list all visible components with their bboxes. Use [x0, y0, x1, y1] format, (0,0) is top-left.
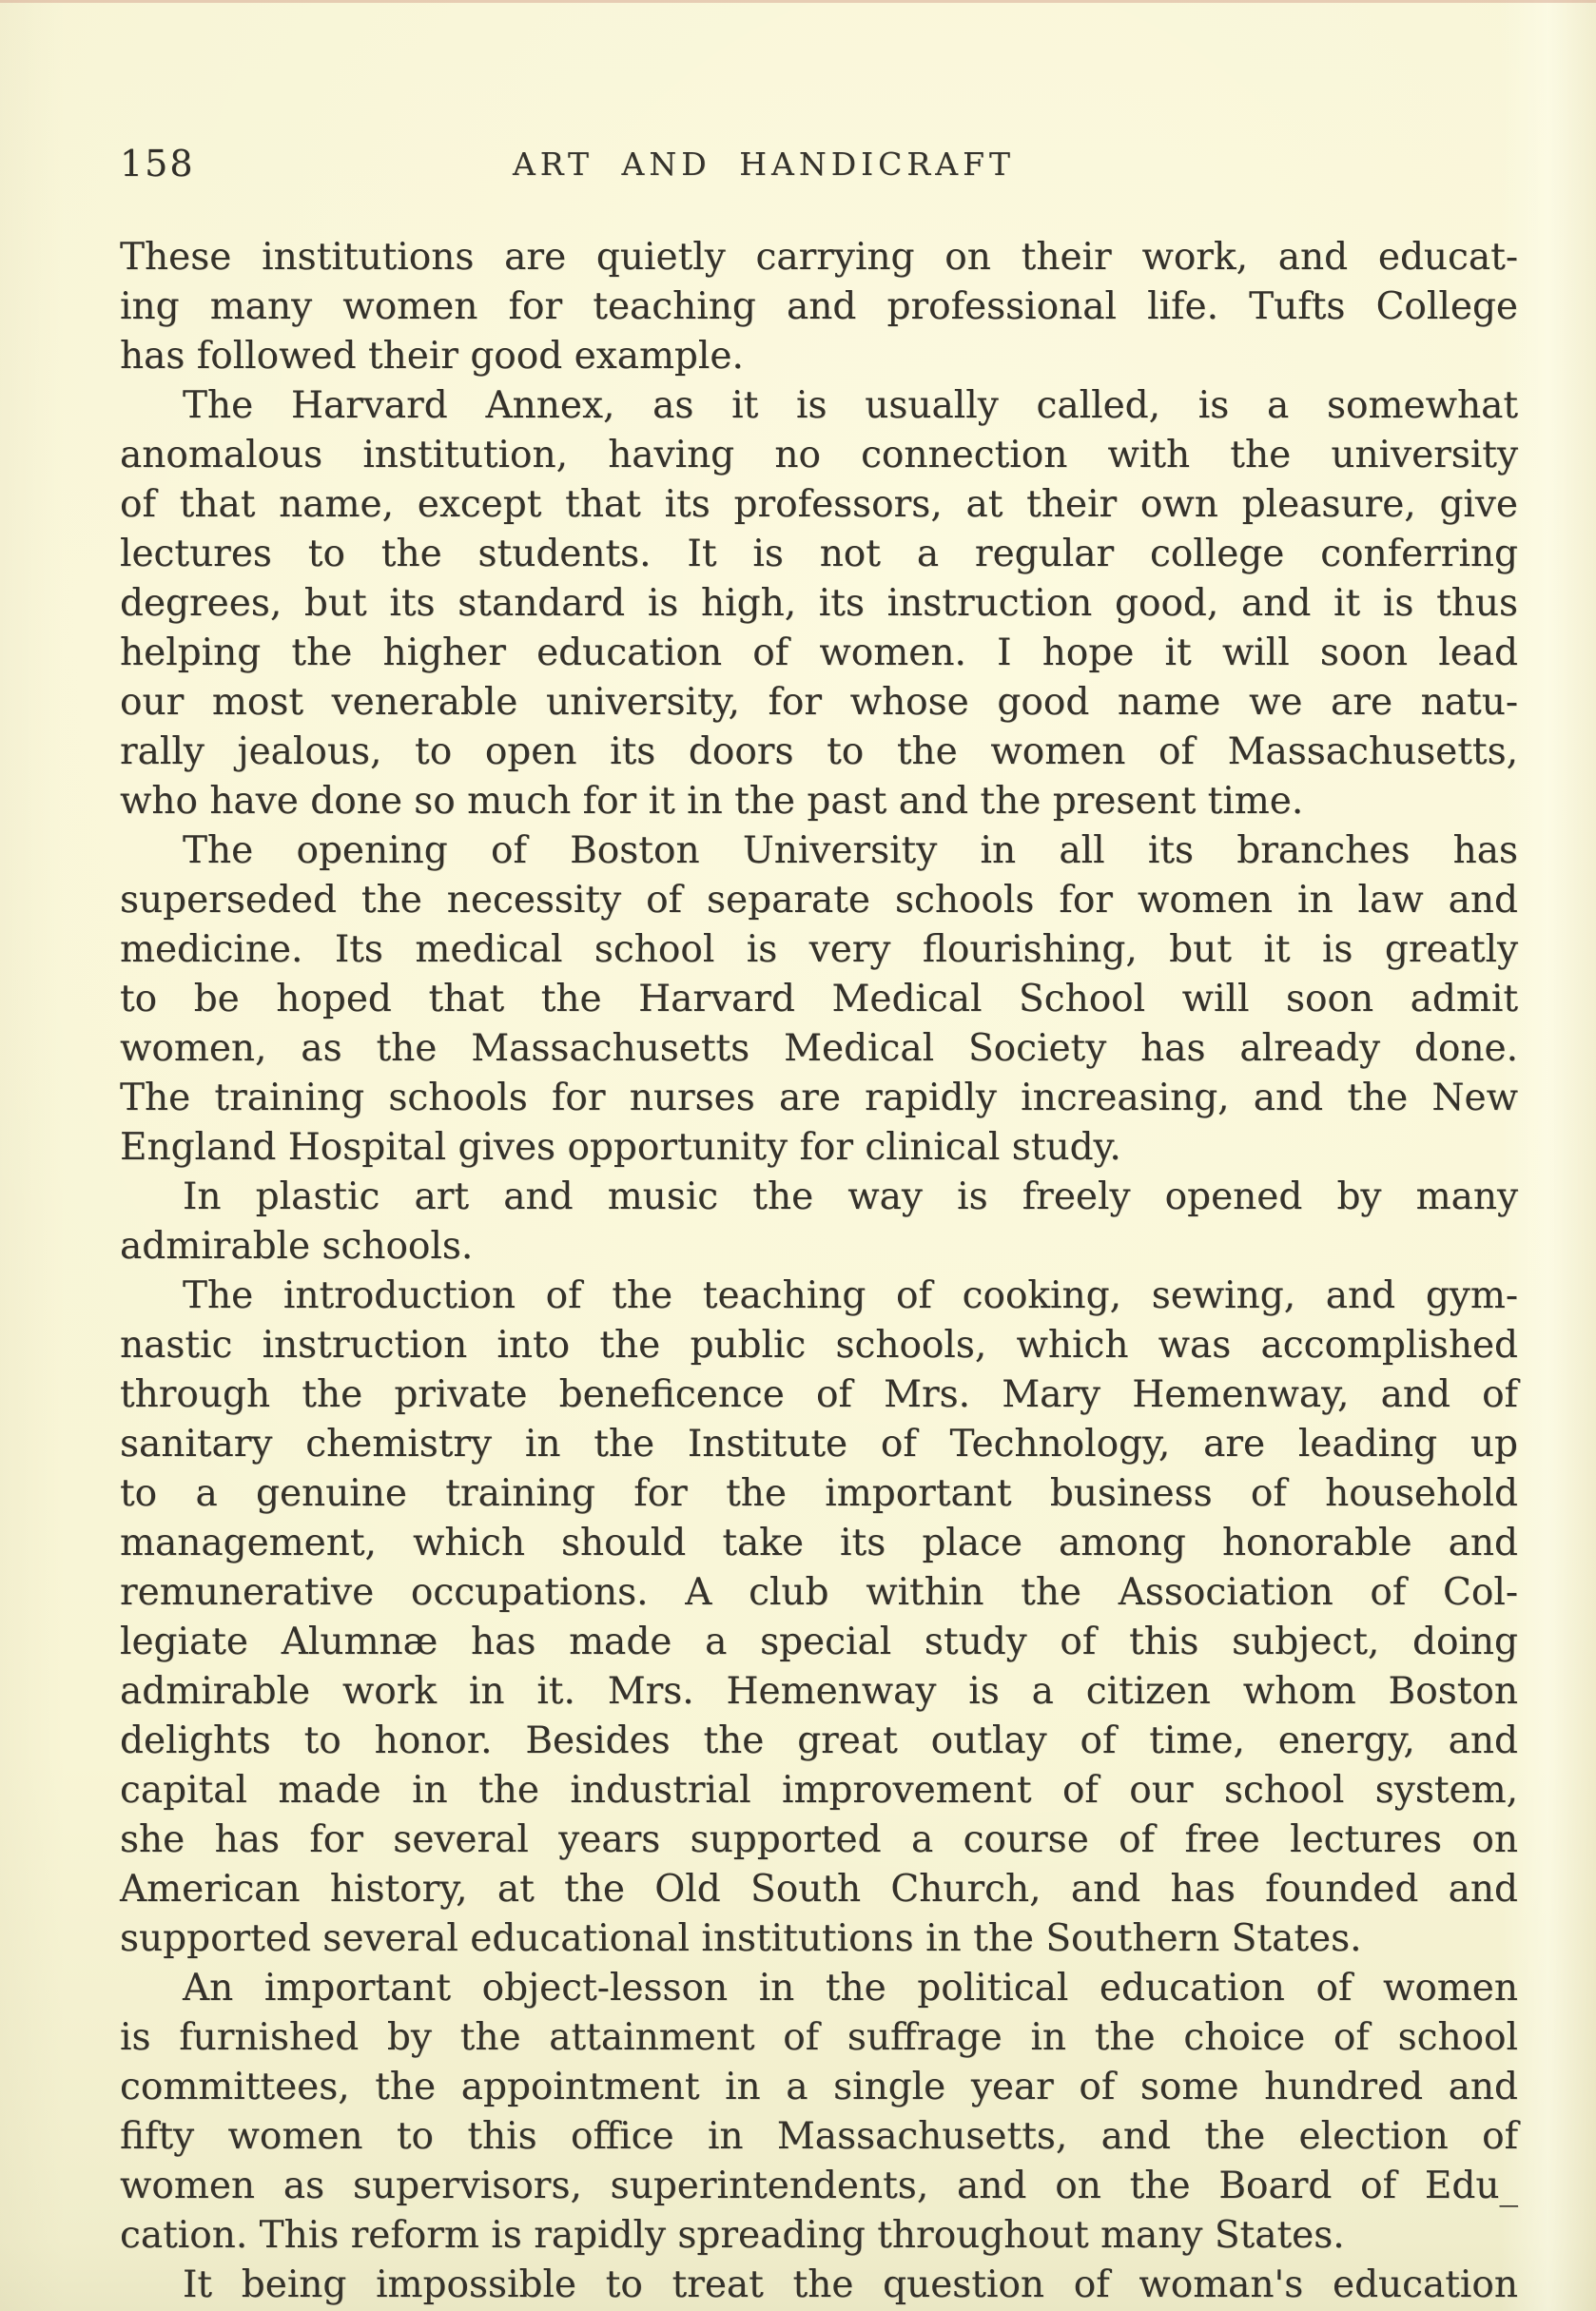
text-line: In plastic art and music the way is free… — [120, 1173, 1518, 1222]
text-line: women as supervisors, superintendents, a… — [120, 2162, 1518, 2211]
text-line: to be hoped that the Harvard Medical Sch… — [120, 975, 1518, 1024]
running-title: ART AND HANDICRAFT — [65, 146, 1463, 183]
text-line: It being impossible to treat the questio… — [120, 2261, 1518, 2310]
text-line: committees, the appointment in a single … — [120, 2063, 1518, 2112]
book-page: 158 ART AND HANDICRAFT These institution… — [0, 0, 1596, 2311]
text-line: delights to honor. Besides the great out… — [120, 1717, 1518, 1766]
text-line: The training schools for nurses are rapi… — [120, 1074, 1518, 1123]
text-line: who have done so much for it in the past… — [120, 777, 1518, 826]
text-line: fifty women to this office in Massachuse… — [120, 2112, 1518, 2162]
text-line: nastic instruction into the public schoo… — [120, 1321, 1518, 1370]
text-line: admirable schools. — [120, 1222, 1518, 1272]
text-line: cation. This reform is rapidly spreading… — [120, 2211, 1518, 2261]
text-line: anomalous institution, having no connect… — [120, 431, 1518, 480]
running-head: 158 ART AND HANDICRAFT — [120, 143, 1518, 184]
text-line: capital made in the industrial improveme… — [120, 1766, 1518, 1816]
text-line: helping the higher education of women. I… — [120, 629, 1518, 678]
page-text-block: These institutions are quietly carrying … — [120, 233, 1518, 2310]
text-line: admirable work in it. Mrs. Hemenway is a… — [120, 1667, 1518, 1717]
text-line: An important object-lesson in the politi… — [120, 1964, 1518, 2013]
text-line: of that name, except that its professors… — [120, 480, 1518, 530]
text-line: The Harvard Annex, as it is usually call… — [120, 381, 1518, 431]
text-line: England Hospital gives opportunity for c… — [120, 1123, 1518, 1173]
text-line: she has for several years supported a co… — [120, 1816, 1518, 1865]
text-line: management, which should take its place … — [120, 1519, 1518, 1568]
text-line: to a genuine training for the important … — [120, 1469, 1518, 1519]
text-line: medicine. Its medical school is very flo… — [120, 925, 1518, 975]
text-line: remunerative occupations. A club within … — [120, 1568, 1518, 1618]
text-line: through the private beneficence of Mrs. … — [120, 1370, 1518, 1420]
text-line: The introduction of the teaching of cook… — [120, 1272, 1518, 1321]
text-line: sanitary chemistry in the Institute of T… — [120, 1420, 1518, 1469]
text-line: ing many women for teaching and professi… — [120, 282, 1518, 332]
text-line: women, as the Massachusetts Medical Soci… — [120, 1024, 1518, 1074]
text-line: is furnished by the attainment of suffra… — [120, 2013, 1518, 2063]
text-line: has followed their good example. — [120, 332, 1518, 381]
text-line: degrees, but its standard is high, its i… — [120, 579, 1518, 629]
text-line: rally jealous, to open its doors to the … — [120, 728, 1518, 777]
text-line: The opening of Boston University in all … — [120, 826, 1518, 876]
text-line: lectures to the students. It is not a re… — [120, 530, 1518, 579]
text-line: our most venerable university, for whose… — [120, 678, 1518, 728]
text-line: legiate Alumnæ has made a special study … — [120, 1618, 1518, 1667]
text-line: supported several educational institutio… — [120, 1914, 1518, 1964]
text-line: superseded the necessity of separate sch… — [120, 876, 1518, 925]
text-line: These institutions are quietly carrying … — [120, 233, 1518, 282]
text-line: American history, at the Old South Churc… — [120, 1865, 1518, 1914]
